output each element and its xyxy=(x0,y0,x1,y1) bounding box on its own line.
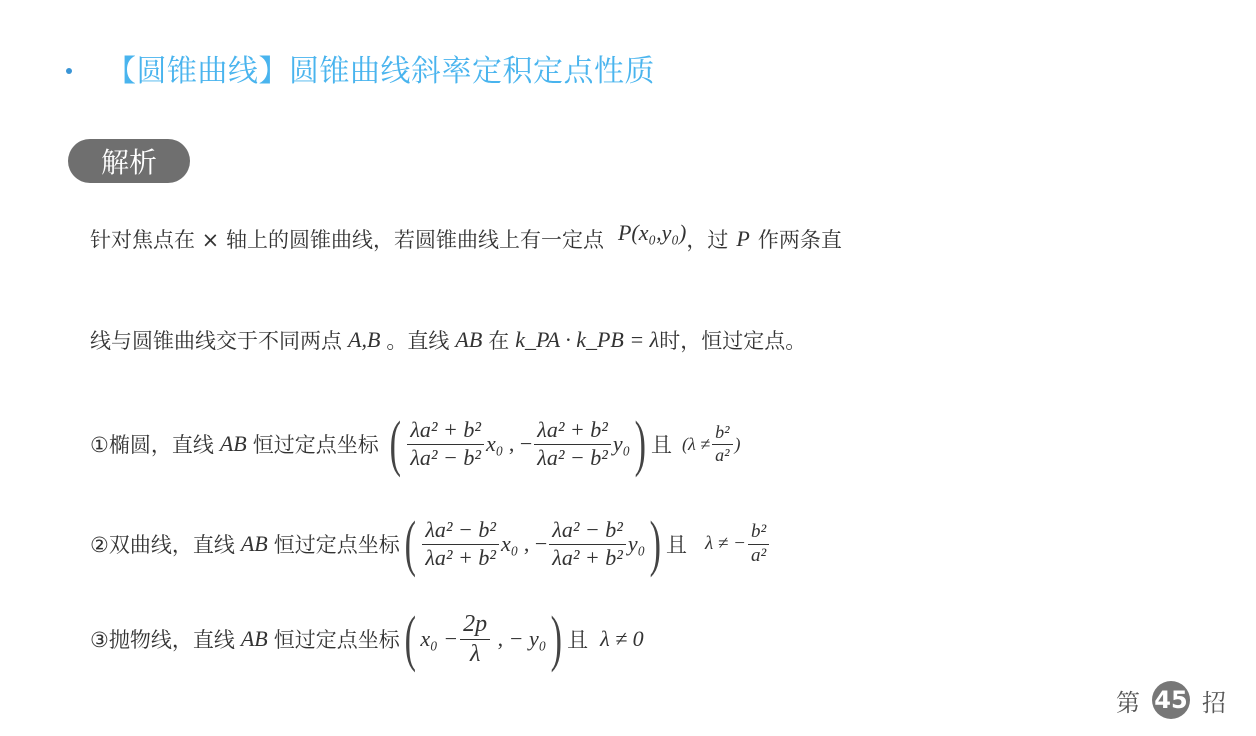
math-p: P xyxy=(736,226,749,252)
case-label: ③抛物线，直线 xyxy=(90,624,235,654)
math-ab: AB xyxy=(241,626,268,652)
case-text: 恒过定点坐标 xyxy=(274,624,400,654)
text: 在 xyxy=(488,325,509,355)
text: 线与圆锥曲线交于不同两点 xyxy=(90,325,342,355)
header: 【圆锥曲线】圆锥曲线斜率定积定点性质 xyxy=(66,46,655,90)
tip-number: 第 45 招 xyxy=(1116,681,1226,719)
math-point: P(x₀,y₀) xyxy=(618,220,686,246)
text: 。直线 xyxy=(386,325,449,355)
math-condition: k_PA · k_PB = λ xyxy=(515,327,659,353)
text: 针对焦点在 × 轴上的圆锥曲线，若圆锥曲线上有一定点 xyxy=(90,224,604,254)
and-text: 且 xyxy=(666,529,687,559)
text: 作两条直 xyxy=(758,224,842,254)
case-hyperbola: ②双曲线，直线 AB 恒过定点坐标 ( λa² − b²λa² + b² x₀ … xyxy=(90,508,771,580)
math-ab: AB xyxy=(220,431,247,457)
fraction-y: λa² + b²λa² − b² xyxy=(534,418,611,469)
fraction-y: λa² − b²λa² + b² xyxy=(549,518,626,569)
and-text: 且 xyxy=(567,624,588,654)
case-ellipse: ①椭圆，直线 AB 恒过定点坐标 ( λa² + b²λa² − b² x₀ ,… xyxy=(90,408,741,480)
bullet-dot xyxy=(66,68,72,74)
paragraph-line-1: 针对焦点在 × 轴上的圆锥曲线，若圆锥曲线上有一定点 P(x₀,y₀) ，过 P… xyxy=(90,224,842,254)
page-title: 【圆锥曲线】圆锥曲线斜率定积定点性质 xyxy=(106,46,655,90)
fraction-cond: b²a² xyxy=(712,423,732,466)
fraction-x: λa² − b²λa² + b² xyxy=(422,518,499,569)
case-label: ②双曲线，直线 xyxy=(90,529,235,559)
case-text: 恒过定点坐标 xyxy=(253,429,379,459)
math-ab: AB xyxy=(455,327,482,353)
section-label-badge: 解析 xyxy=(68,139,190,183)
case-parabola: ③抛物线，直线 AB 恒过定点坐标 ( x₀ − 2pλ , − y₀ ) 且 … xyxy=(90,606,644,672)
case-label: ①椭圆，直线 xyxy=(90,429,214,459)
text: ，过 xyxy=(686,224,728,254)
text: 时，恒过定点。 xyxy=(659,325,806,355)
fraction-cond: b²a² xyxy=(748,522,769,567)
math-ab: AB xyxy=(241,531,268,557)
paragraph-line-2: 线与圆锥曲线交于不同两点 A,B 。直线 AB 在 k_PA · k_PB = … xyxy=(90,325,806,355)
case-text: 恒过定点坐标 xyxy=(274,529,400,559)
fraction-x: 2pλ xyxy=(460,611,490,667)
math-points: A,B xyxy=(348,327,380,353)
condition: λ ≠ 0 xyxy=(600,626,644,652)
fraction-x: λa² + b²λa² − b² xyxy=(407,418,484,469)
tip-number-badge: 45 xyxy=(1152,681,1190,719)
and-text: 且 xyxy=(651,429,672,459)
